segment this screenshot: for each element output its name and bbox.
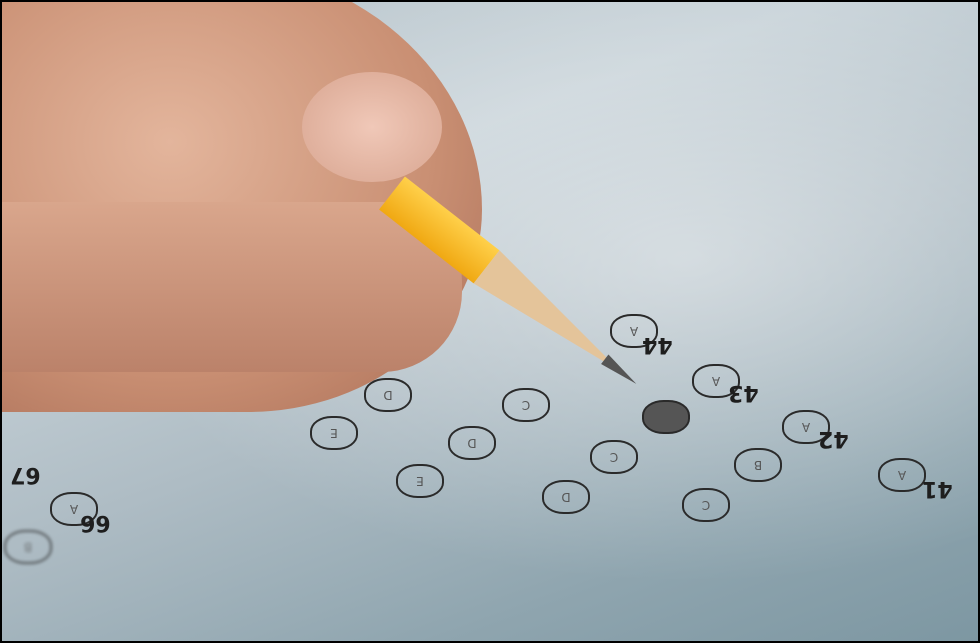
finger	[2, 202, 462, 372]
filled-bubble	[642, 400, 690, 434]
question-number: 44	[642, 332, 673, 357]
answer-bubble: D	[542, 480, 590, 514]
answer-bubble: A	[878, 458, 926, 492]
answer-bubble: E	[310, 416, 358, 450]
question-number: 43	[728, 380, 759, 405]
question-number: 67	[10, 462, 41, 487]
answer-bubble: D	[448, 426, 496, 460]
answer-bubble: B	[4, 530, 52, 564]
question-number: 41	[922, 476, 953, 501]
answer-bubble: C	[590, 440, 638, 474]
answer-bubble: B	[734, 448, 782, 482]
answer-bubble: C	[502, 388, 550, 422]
answer-bubble: D	[364, 378, 412, 412]
answer-bubble: E	[396, 464, 444, 498]
photo-frame: AAAAABCCDCDEDEB444342416766	[2, 2, 978, 641]
answer-bubble: C	[682, 488, 730, 522]
question-number: 42	[818, 426, 849, 451]
question-number: 66	[80, 510, 111, 535]
fingernail	[302, 72, 442, 182]
